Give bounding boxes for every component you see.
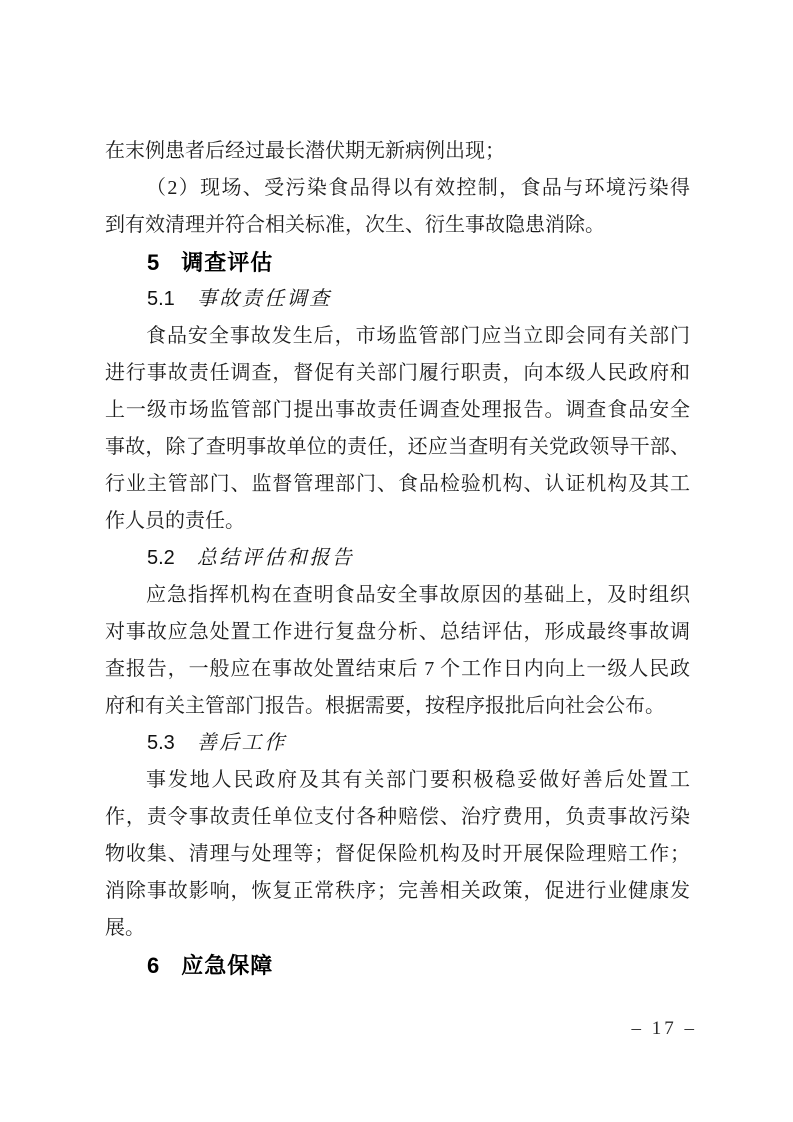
paragraph-line: 在末例患者后经过最长潜伏期无新病例出现；: [105, 133, 690, 170]
paragraph-line: 食品安全事故发生后，市场监管部门应当立即会同有关部门: [105, 318, 690, 355]
section-heading: 6应急保障: [105, 947, 690, 984]
page-body: 在末例患者后经过最长潜伏期无新病例出现；（2）现场、受污染食品得以有效控制，食品…: [105, 133, 690, 984]
paragraph-line: 事故，除了查明事故单位的责任，还应当查明有关党政领导干部、: [105, 429, 690, 466]
heading-number: 5.3: [147, 725, 175, 762]
heading-number: 6: [147, 947, 159, 984]
heading-number: 5.2: [147, 540, 175, 577]
paragraph-line: 到有效清理并符合相关标准，次生、衍生事故隐患消除。: [105, 207, 690, 244]
subsection-heading: 5.2总结评估和报告: [105, 540, 690, 577]
paragraph-line: （2）现场、受污染食品得以有效控制，食品与环境污染得: [105, 170, 690, 207]
paragraph-line: 应急指挥机构在查明食品安全事故原因的基础上，及时组织: [105, 577, 690, 614]
subsection-heading: 5.1事故责任调查: [105, 281, 690, 318]
paragraph-line: 府和有关主管部门报告。根据需要，按程序报批后向社会公布。: [105, 688, 690, 725]
paragraph-line: 事发地人民政府及其有关部门要积极稳妥做好善后处置工: [105, 762, 690, 799]
paragraph-line: 查报告，一般应在事故处置结束后 7 个工作日内向上一级人民政: [105, 651, 690, 688]
paragraph-line: 作人员的责任。: [105, 503, 690, 540]
heading-title: 总结评估和报告: [197, 547, 355, 569]
paragraph-line: 行业主管部门、监督管理部门、食品检验机构、认证机构及其工: [105, 466, 690, 503]
paragraph-line: 消除事故影响，恢复正常秩序；完善相关政策，促进行业健康发: [105, 873, 690, 910]
paragraph-line: 上一级市场监管部门提出事故责任调查处理报告。调查食品安全: [105, 392, 690, 429]
subsection-heading: 5.3善后工作: [105, 725, 690, 762]
section-heading: 5调查评估: [105, 244, 690, 281]
paragraph-line: 作，责令事故责任单位支付各种赔偿、治疗费用，负责事故污染: [105, 799, 690, 836]
heading-number: 5: [147, 244, 159, 281]
page-number: – 17 –: [632, 1018, 698, 1040]
paragraph-line: 物收集、清理与处理等；督促保险机构及时开展保险理赔工作；: [105, 836, 690, 873]
heading-title: 调查评估: [181, 250, 273, 275]
heading-title: 事故责任调查: [197, 288, 332, 310]
heading-title: 应急保障: [181, 953, 273, 978]
paragraph-line: 对事故应急处置工作进行复盘分析、总结评估，形成最终事故调: [105, 614, 690, 651]
paragraph-line: 展。: [105, 910, 690, 947]
document-page: 在末例患者后经过最长潜伏期无新病例出现；（2）现场、受污染食品得以有效控制，食品…: [0, 0, 793, 1122]
heading-title: 善后工作: [197, 732, 287, 754]
heading-number: 5.1: [147, 281, 175, 318]
paragraph-line: 进行事故责任调查，督促有关部门履行职责，向本级人民政府和: [105, 355, 690, 392]
